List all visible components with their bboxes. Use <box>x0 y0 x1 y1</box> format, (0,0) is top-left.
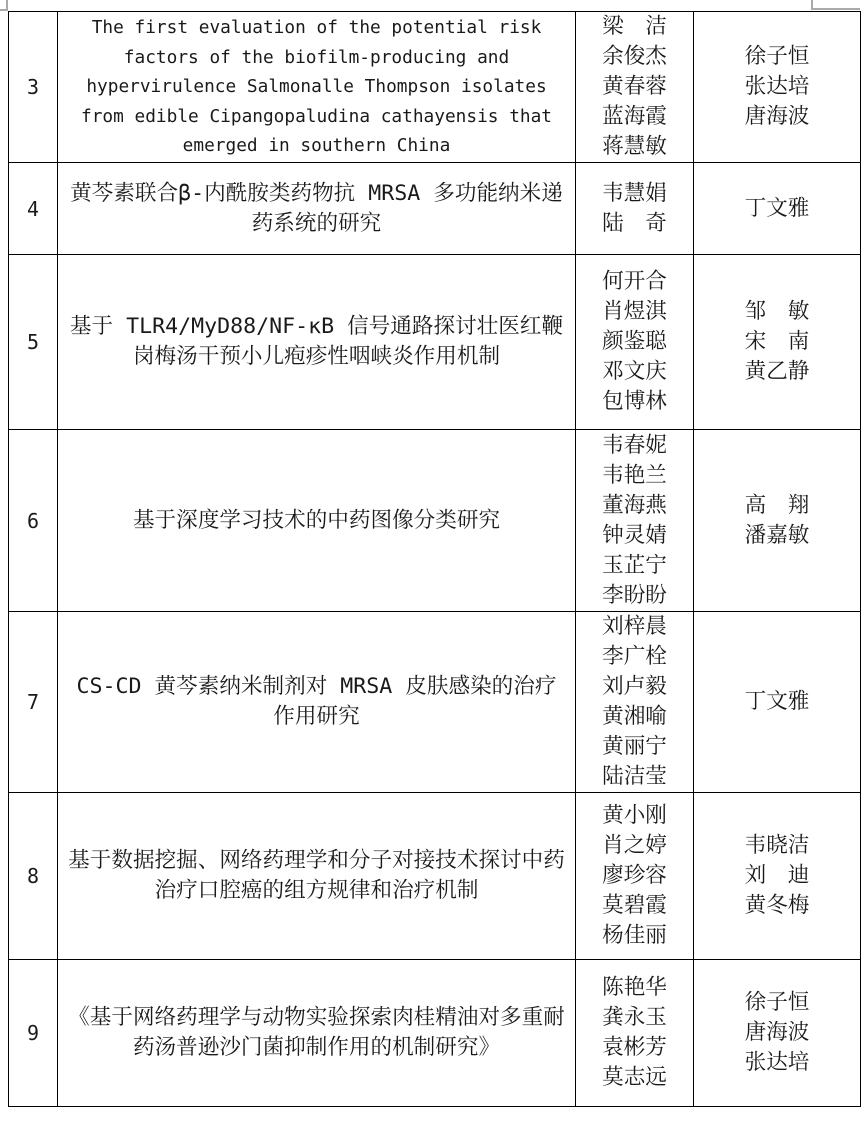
row-number-cell: 9 <box>9 960 58 1107</box>
advisors-cell: 韦晓洁 刘 迪 黄冬梅 <box>694 793 861 960</box>
project-title-cell: 《基于网络药理学与动物实验探索肉桂精油对多重耐药汤普逊沙门菌抑制作用的机制研究》 <box>58 960 576 1107</box>
students-cell: 陈艳华 龚永玉 袁彬芳 莫志远 <box>576 960 694 1107</box>
row-number-cell: 3 <box>9 12 58 163</box>
row-number-cell: 7 <box>9 612 58 793</box>
table-row: 5 基于 TLR4/MyD88/NF-κB 信号通路探讨壮医红鞭岗梅汤干预小儿疱… <box>9 255 861 430</box>
project-title-cell: 黄芩素联合β-内酰胺类药物抗 MRSA 多功能纳米递药系统的研究 <box>58 163 576 255</box>
table-row: 6 基于深度学习技术的中药图像分类研究 韦春妮 韦艳兰 董海燕 钟灵婧 玉芷宁 … <box>9 430 861 612</box>
students-cell: 梁 洁 余俊杰 黄春蓉 蓝海霞 蒋慧敏 <box>576 12 694 163</box>
students-cell: 黄小刚 肖之婷 廖珍容 莫碧霞 杨佳丽 <box>576 793 694 960</box>
table-row: 8 基于数据挖掘、网络药理学和分子对接技术探讨中药治疗口腔癌的组方规律和治疗机制… <box>9 793 861 960</box>
document-page: 3 The first evaluation of the potential … <box>0 0 864 1122</box>
project-title-cell: 基于 TLR4/MyD88/NF-κB 信号通路探讨壮医红鞭岗梅汤干预小儿疱疹性… <box>58 255 576 430</box>
project-title-cell: CS-CD 黄芩素纳米制剂对 MRSA 皮肤感染的治疗作用研究 <box>58 612 576 793</box>
project-title-cell: 基于深度学习技术的中药图像分类研究 <box>58 430 576 612</box>
project-title-cell: The first evaluation of the potential ri… <box>58 12 576 163</box>
students-cell: 韦慧娟 陆 奇 <box>576 163 694 255</box>
table-row: 4 黄芩素联合β-内酰胺类药物抗 MRSA 多功能纳米递药系统的研究 韦慧娟 陆… <box>9 163 861 255</box>
advisors-cell: 邹 敏 宋 南 黄乙静 <box>694 255 861 430</box>
table-continuation-mark-right-horizontal <box>811 8 860 10</box>
students-cell: 刘梓晨 李广栓 刘卢毅 黄湘喻 黄丽宁 陆洁莹 <box>576 612 694 793</box>
advisors-cell: 徐子恒 唐海波 张达培 <box>694 960 861 1107</box>
students-cell: 韦春妮 韦艳兰 董海燕 钟灵婧 玉芷宁 李盼盼 <box>576 430 694 612</box>
advisors-cell: 丁文雅 <box>694 163 861 255</box>
table-row: 7 CS-CD 黄芩素纳米制剂对 MRSA 皮肤感染的治疗作用研究 刘梓晨 李广… <box>9 612 861 793</box>
table-continuation-mark-left-horizontal <box>0 9 8 11</box>
advisors-cell: 徐子恒 张达培 唐海波 <box>694 12 861 163</box>
row-number-cell: 6 <box>9 430 58 612</box>
project-title-cell: 基于数据挖掘、网络药理学和分子对接技术探讨中药治疗口腔癌的组方规律和治疗机制 <box>58 793 576 960</box>
row-number-cell: 4 <box>9 163 58 255</box>
row-number-cell: 8 <box>9 793 58 960</box>
students-cell: 何开合 肖煜淇 颜鉴聪 邓文庆 包博林 <box>576 255 694 430</box>
advisors-cell: 丁文雅 <box>694 612 861 793</box>
projects-table: 3 The first evaluation of the potential … <box>8 11 861 1107</box>
table-row: 9 《基于网络药理学与动物实验探索肉桂精油对多重耐药汤普逊沙门菌抑制作用的机制研… <box>9 960 861 1107</box>
table-row: 3 The first evaluation of the potential … <box>9 12 861 163</box>
advisors-cell: 高 翔 潘嘉敏 <box>694 430 861 612</box>
row-number-cell: 5 <box>9 255 58 430</box>
